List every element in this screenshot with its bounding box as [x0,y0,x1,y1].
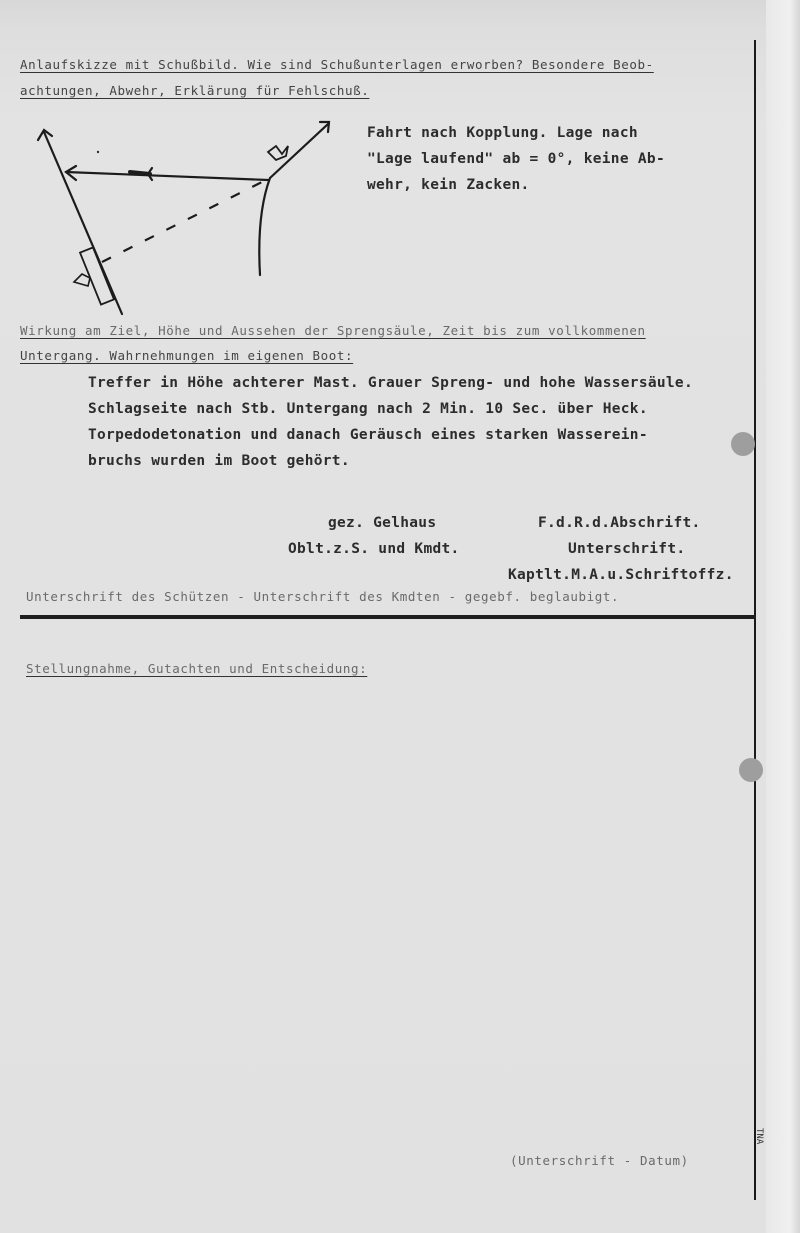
certification-signature: Unterschrift. [568,536,685,562]
sketch-note-line: "Lage laufend" ab = 0°, keine Ab- [367,146,665,172]
effect-body-line: bruchs wurden im Boot gehört. [88,448,350,474]
signature-commander: gez. Gelhaus [328,510,436,536]
sketch-note-line: Fahrt nach Kopplung. Lage nach [367,120,638,146]
section3-heading: Stellungnahme, Gutachten und Entscheidun… [26,658,367,680]
section1-heading-line1: Anlaufskizze mit Schußbild. Wie sind Sch… [20,54,654,76]
section-divider [20,615,756,619]
punch-hole [739,758,763,782]
certification-line: F.d.R.d.Abschrift. [538,510,701,536]
section2-heading-line1: Wirkung am Ziel, Höhe und Aussehen der S… [20,320,646,342]
signature-commander-rank: Oblt.z.S. und Kmdt. [288,536,460,562]
signature-caption: Unterschrift des Schützen - Unterschrift… [26,586,619,608]
punch-hole [731,432,755,456]
margin-rule [754,40,756,1200]
effect-body-line: Torpedodetonation und danach Geräusch ei… [88,422,648,448]
section1-heading-line2: achtungen, Abwehr, Erklärung für Fehlsch… [20,80,369,102]
certification-rank: Kaptlt.M.A.u.Schriftoffz. [508,562,734,588]
section2-heading-line2: Untergang. Wahrnehmungen im eigenen Boot… [20,345,353,367]
effect-body-line: Schlagseite nach Stb. Untergang nach 2 M… [88,396,648,422]
page-edge [766,0,800,1233]
document-page: Anlaufskizze mit Schußbild. Wie sind Sch… [0,0,800,1233]
signature-date-caption: (Unterschrift - Datum) [510,1150,689,1172]
effect-body-line: Treffer in Höhe achterer Mast. Grauer Sp… [88,370,693,396]
attack-sketch-diagram [30,110,350,320]
archive-stamp: TNA [754,1128,764,1144]
sketch-note-line: wehr, kein Zacken. [367,172,530,198]
